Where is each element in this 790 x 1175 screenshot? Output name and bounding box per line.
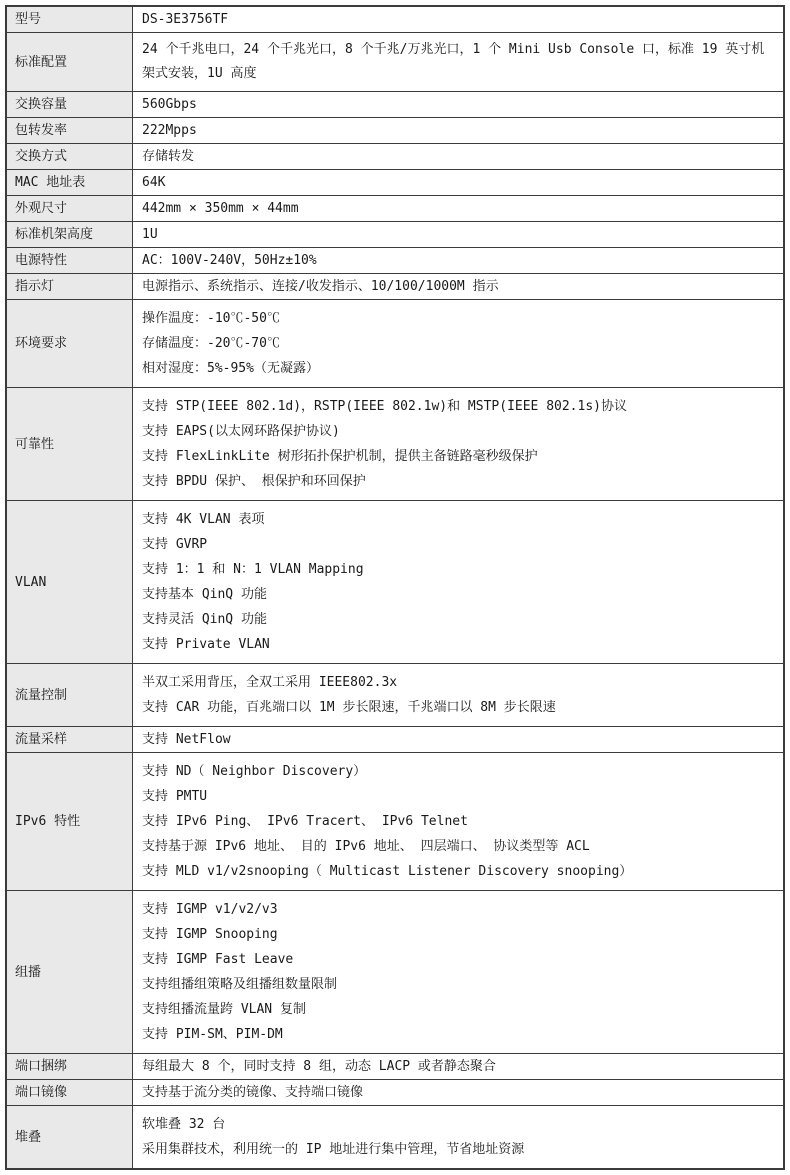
spec-label: 标准配置: [6, 33, 133, 92]
spec-row: 指示灯 电源指示、系统指示、连接/收发指示、10/100/1000M 指示: [6, 274, 784, 300]
spec-value-line: 支持 4K VLAN 表项: [142, 507, 773, 532]
spec-value: 电源指示、系统指示、连接/收发指示、10/100/1000M 指示: [133, 274, 785, 300]
spec-value-line: 半双工采用背压，全双工采用 IEEE802.3x: [142, 670, 773, 695]
spec-label: 交换方式: [6, 144, 133, 170]
spec-sheet: 型号 DS-3E3756TF 标准配置 24 个千兆电口，24 个千兆光口，8 …: [0, 0, 780, 1175]
spec-value: 222Mpps: [133, 118, 785, 144]
spec-label: 端口镜像: [6, 1080, 133, 1106]
spec-value: DS-3E3756TF: [133, 6, 785, 33]
spec-value-line: 支持 IGMP Fast Leave: [142, 947, 773, 972]
spec-row: 外观尺寸 442mm × 350mm × 44mm: [6, 196, 784, 222]
spec-value-line: 支持 IGMP Snooping: [142, 922, 773, 947]
spec-value: 存储转发: [133, 144, 785, 170]
spec-value-line: 支持灵活 QinQ 功能: [142, 607, 773, 632]
spec-row: 标准机架高度 1U: [6, 222, 784, 248]
spec-label: 型号: [6, 6, 133, 33]
spec-label: 流量控制: [6, 664, 133, 727]
spec-value-line: 222Mpps: [142, 118, 773, 143]
spec-value: 24 个千兆电口，24 个千兆光口，8 个千兆/万兆光口，1 个 Mini Us…: [133, 33, 785, 92]
spec-label: 组播: [6, 891, 133, 1054]
spec-value-line: 支持 Private VLAN: [142, 632, 773, 657]
spec-value-line: 24 个千兆电口，24 个千兆光口，8 个千兆/万兆光口，1 个 Mini Us…: [142, 38, 773, 86]
spec-value: 支持 4K VLAN 表项支持 GVRP支持 1：1 和 N：1 VLAN Ma…: [133, 501, 785, 664]
spec-row: 端口镜像 支持基于流分类的镜像、支持端口镜像: [6, 1080, 784, 1106]
spec-row: IPv6 特性 支持 ND（ Neighbor Discovery）支持 PMT…: [6, 753, 784, 891]
spec-row: 流量控制 半双工采用背压，全双工采用 IEEE802.3x支持 CAR 功能，百…: [6, 664, 784, 727]
spec-value-line: 支持 1：1 和 N：1 VLAN Mapping: [142, 557, 773, 582]
spec-value-line: 存储温度：-20℃-70℃: [142, 331, 773, 356]
spec-value: 支持基于流分类的镜像、支持端口镜像: [133, 1080, 785, 1106]
spec-value-line: 560Gbps: [142, 92, 773, 117]
spec-table-body: 型号 DS-3E3756TF 标准配置 24 个千兆电口，24 个千兆光口，8 …: [6, 6, 784, 1169]
spec-value-line: AC：100V-240V，50Hz±10%: [142, 248, 773, 273]
spec-value: 半双工采用背压，全双工采用 IEEE802.3x支持 CAR 功能，百兆端口以 …: [133, 664, 785, 727]
spec-value-line: 相对湿度：5%-95%（无凝露）: [142, 356, 773, 381]
spec-value-line: 支持基于源 IPv6 地址、 目的 IPv6 地址、 四层端口、 协议类型等 A…: [142, 834, 773, 859]
spec-value-line: 支持 STP(IEEE 802.1d)，RSTP(IEEE 802.1w)和 M…: [142, 394, 773, 419]
spec-value-line: 支持组播流量跨 VLAN 复制: [142, 997, 773, 1022]
spec-value-line: 支持 ND（ Neighbor Discovery）: [142, 759, 773, 784]
spec-table: 型号 DS-3E3756TF 标准配置 24 个千兆电口，24 个千兆光口，8 …: [5, 5, 785, 1170]
spec-value-line: 支持组播组策略及组播组数量限制: [142, 972, 773, 997]
spec-label: 指示灯: [6, 274, 133, 300]
spec-label: IPv6 特性: [6, 753, 133, 891]
spec-label: 流量采样: [6, 727, 133, 753]
spec-label: 可靠性: [6, 388, 133, 501]
spec-value-line: 1U: [142, 222, 773, 247]
spec-value: 支持 STP(IEEE 802.1d)，RSTP(IEEE 802.1w)和 M…: [133, 388, 785, 501]
spec-value-line: DS-3E3756TF: [142, 7, 773, 32]
spec-label: 环境要求: [6, 300, 133, 388]
spec-value: 支持 IGMP v1/v2/v3支持 IGMP Snooping支持 IGMP …: [133, 891, 785, 1054]
spec-value-line: 支持 IGMP v1/v2/v3: [142, 897, 773, 922]
spec-label: 电源特性: [6, 248, 133, 274]
spec-label: 标准机架高度: [6, 222, 133, 248]
spec-row: 包转发率 222Mpps: [6, 118, 784, 144]
spec-value-line: 支持 PIM-SM、PIM-DM: [142, 1022, 773, 1047]
spec-row: 交换方式 存储转发: [6, 144, 784, 170]
spec-row: 组播 支持 IGMP v1/v2/v3支持 IGMP Snooping支持 IG…: [6, 891, 784, 1054]
spec-value-line: 操作温度：-10℃-50℃: [142, 306, 773, 331]
spec-row: 堆叠 软堆叠 32 台采用集群技术，利用统一的 IP 地址进行集中管理，节省地址…: [6, 1106, 784, 1170]
spec-label: MAC 地址表: [6, 170, 133, 196]
spec-value-line: 支持基于流分类的镜像、支持端口镜像: [142, 1080, 773, 1105]
spec-value-line: 支持 PMTU: [142, 784, 773, 809]
spec-value-line: 支持基本 QinQ 功能: [142, 582, 773, 607]
spec-value-line: 电源指示、系统指示、连接/收发指示、10/100/1000M 指示: [142, 274, 773, 299]
spec-value-line: 支持 IPv6 Ping、 IPv6 Tracert、 IPv6 Telnet: [142, 809, 773, 834]
spec-value: 1U: [133, 222, 785, 248]
spec-row: 环境要求 操作温度：-10℃-50℃存储温度：-20℃-70℃相对湿度：5%-9…: [6, 300, 784, 388]
spec-value: 支持 NetFlow: [133, 727, 785, 753]
spec-value: 64K: [133, 170, 785, 196]
spec-value-line: 442mm × 350mm × 44mm: [142, 196, 773, 221]
spec-value: 每组最大 8 个，同时支持 8 组，动态 LACP 或者静态聚合: [133, 1054, 785, 1080]
spec-label: 包转发率: [6, 118, 133, 144]
spec-row: MAC 地址表 64K: [6, 170, 784, 196]
spec-row: 端口捆绑 每组最大 8 个，同时支持 8 组，动态 LACP 或者静态聚合: [6, 1054, 784, 1080]
spec-label: VLAN: [6, 501, 133, 664]
spec-value: 442mm × 350mm × 44mm: [133, 196, 785, 222]
spec-row: 标准配置 24 个千兆电口，24 个千兆光口，8 个千兆/万兆光口，1 个 Mi…: [6, 33, 784, 92]
spec-value: 操作温度：-10℃-50℃存储温度：-20℃-70℃相对湿度：5%-95%（无凝…: [133, 300, 785, 388]
spec-value-line: 软堆叠 32 台: [142, 1112, 773, 1137]
spec-label: 堆叠: [6, 1106, 133, 1170]
spec-value: AC：100V-240V，50Hz±10%: [133, 248, 785, 274]
spec-label: 外观尺寸: [6, 196, 133, 222]
spec-value: 560Gbps: [133, 92, 785, 118]
spec-value-line: 支持 EAPS(以太网环路保护协议): [142, 419, 773, 444]
spec-value-line: 支持 FlexLinkLite 树形拓扑保护机制，提供主备链路毫秒级保护: [142, 444, 773, 469]
spec-row: 流量采样 支持 NetFlow: [6, 727, 784, 753]
spec-value: 支持 ND（ Neighbor Discovery）支持 PMTU支持 IPv6…: [133, 753, 785, 891]
spec-value-line: 存储转发: [142, 144, 773, 169]
spec-row: 电源特性 AC：100V-240V，50Hz±10%: [6, 248, 784, 274]
spec-value-line: 64K: [142, 170, 773, 195]
spec-value: 软堆叠 32 台采用集群技术，利用统一的 IP 地址进行集中管理，节省地址资源: [133, 1106, 785, 1170]
spec-row: 交换容量 560Gbps: [6, 92, 784, 118]
spec-value-line: 采用集群技术，利用统一的 IP 地址进行集中管理，节省地址资源: [142, 1137, 773, 1162]
spec-value-line: 每组最大 8 个，同时支持 8 组，动态 LACP 或者静态聚合: [142, 1054, 773, 1079]
spec-value-line: 支持 BPDU 保护、 根保护和环回保护: [142, 469, 773, 494]
spec-row: 可靠性 支持 STP(IEEE 802.1d)，RSTP(IEEE 802.1w…: [6, 388, 784, 501]
spec-row: VLAN 支持 4K VLAN 表项支持 GVRP支持 1：1 和 N：1 VL…: [6, 501, 784, 664]
spec-value-line: 支持 NetFlow: [142, 727, 773, 752]
spec-value-line: 支持 GVRP: [142, 532, 773, 557]
spec-row: 型号 DS-3E3756TF: [6, 6, 784, 33]
spec-label: 端口捆绑: [6, 1054, 133, 1080]
spec-value-line: 支持 MLD v1/v2snooping（ Multicast Listener…: [142, 859, 773, 884]
spec-label: 交换容量: [6, 92, 133, 118]
spec-value-line: 支持 CAR 功能，百兆端口以 1M 步长限速，千兆端口以 8M 步长限速: [142, 695, 773, 720]
